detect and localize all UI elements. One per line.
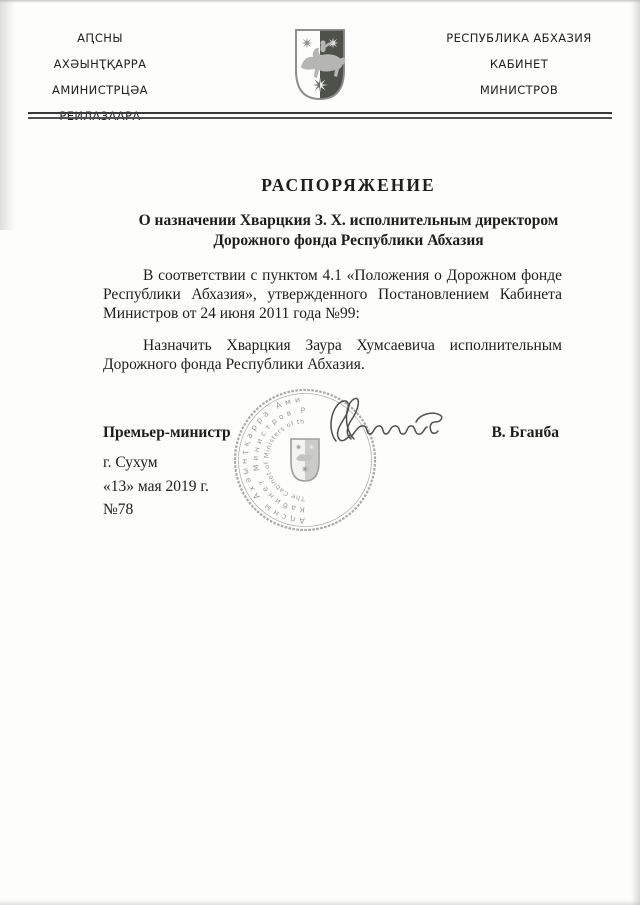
text-line: Назначить Хварцкия Заура Хумсаевича испо… [103,336,562,355]
signatory-role: Премьер-министр [103,423,231,443]
seal-center-emblem [291,439,319,481]
paragraph-2: Назначить Хварцкия Заура Хумсаевича испо… [103,336,562,374]
handwritten-signature-icon [320,395,452,445]
scan-artifact-bottom-edge [0,900,640,905]
text-line: Дорожного фонда Республики Абхазия. [103,355,562,374]
subject-line: Дорожного фонда Республики Абхазия [119,231,578,251]
text-line: Республики Абхазия», утвержденного Поста… [103,285,562,304]
paragraph-1: В соответствии с пунктом 4.1 «Положения … [103,266,562,323]
scan-artifact-right-edge [631,0,640,905]
document-title: РАСПОРЯЖЕНИЕ [119,176,578,194]
signatory-name: В. Бганба [491,423,559,443]
document-page: АԤСНЫ АХӘЫНҬҚАРРА АМИНИСТРЦӘА РЕИЛАЗААРА… [0,0,640,905]
text-line: В соответствии с пунктом 4.1 «Положения … [103,266,562,285]
subject-line: О назначении Хварцкия З. Х. исполнительн… [119,211,578,231]
text-line: Министров от 24 июня 2011 года №99: [103,304,562,323]
document-subject: О назначении Хварцкия З. Х. исполнительн… [119,211,578,250]
